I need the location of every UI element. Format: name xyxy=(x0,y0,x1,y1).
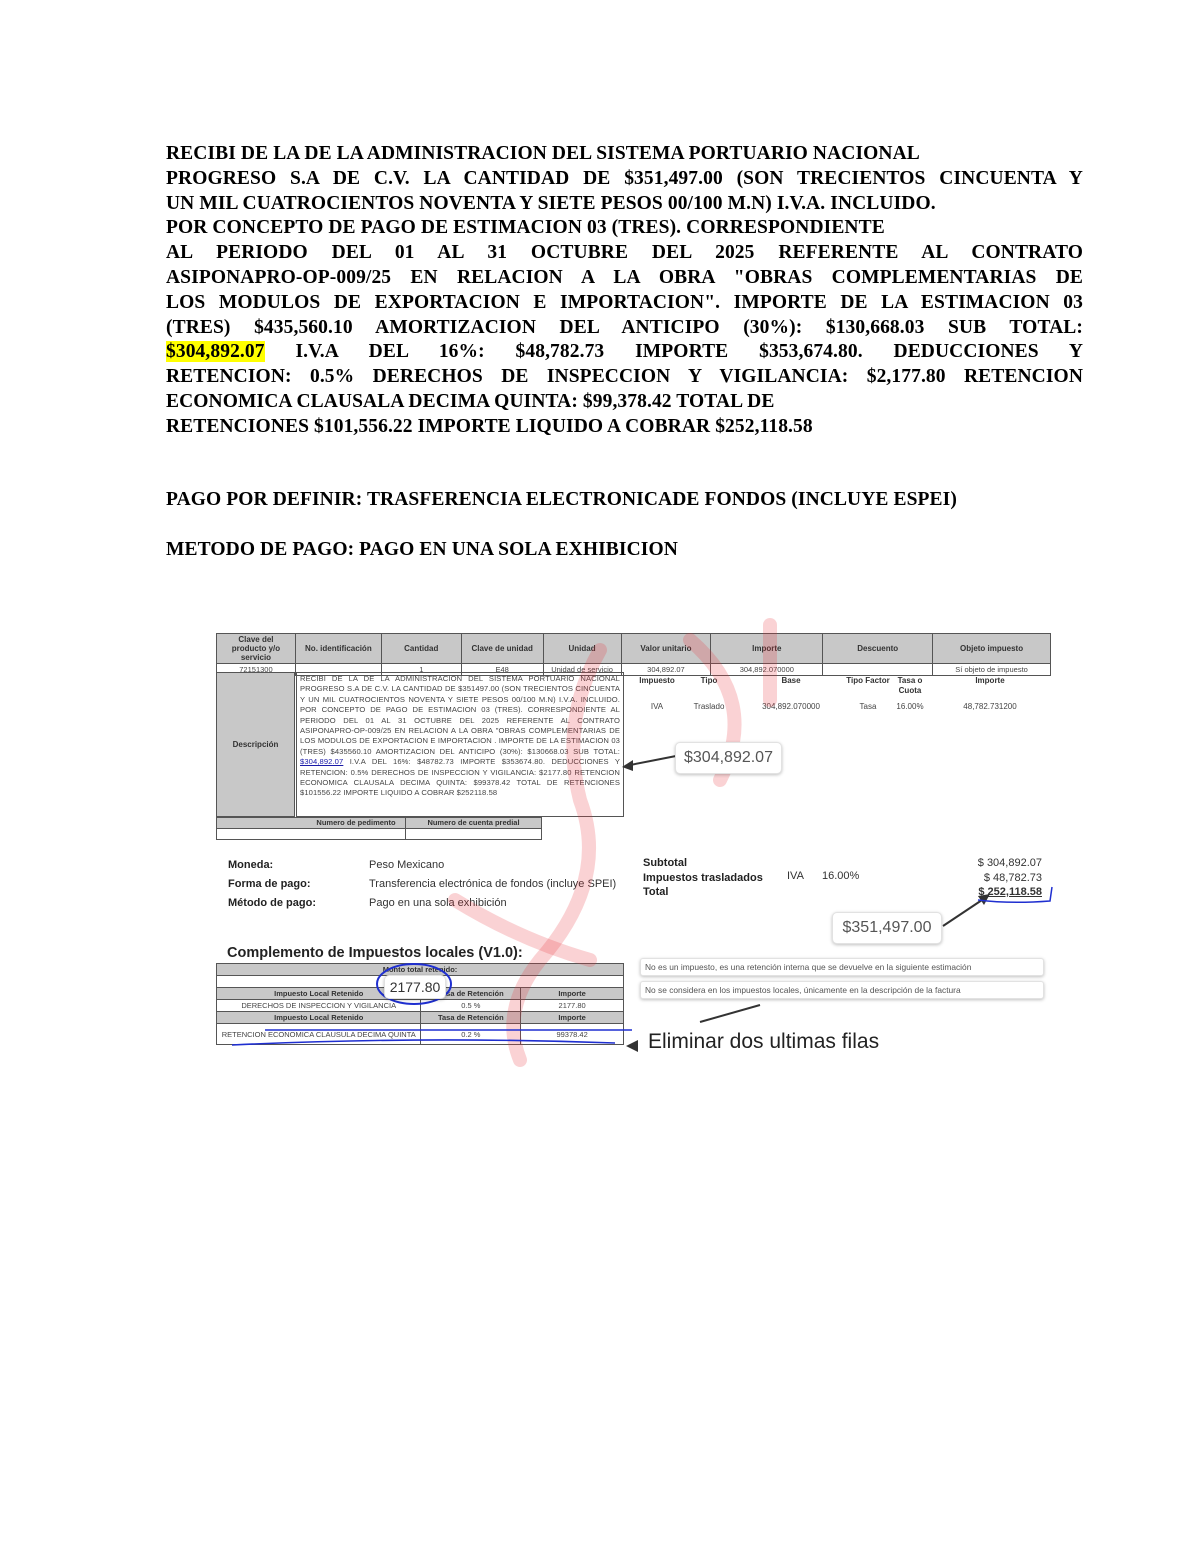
arrow-total xyxy=(943,898,985,926)
total-label: Total xyxy=(643,885,763,900)
underlined-subtotal: $304,892.07 xyxy=(300,757,343,766)
col-header: Clave de unidad xyxy=(461,634,543,664)
col-header: No. identificación xyxy=(295,634,381,664)
col-header: Cantidad xyxy=(381,634,461,664)
tax-header: Tipo Factor xyxy=(846,676,890,696)
tax-header: Tasa o Cuota xyxy=(890,676,930,696)
tax-header: Base xyxy=(736,676,846,696)
payment-method-line: METODO DE PAGO: PAGO EN UNA SOLA EXHIBIC… xyxy=(166,538,1083,563)
cuenta-predial-value xyxy=(405,829,542,840)
cell: 0.5 % xyxy=(421,1000,521,1012)
paragraph-line: RECIBI DE LA DE LA ADMINISTRACION DEL SI… xyxy=(166,142,1083,167)
paragraph-line: RETENCIONES $101,556.22 IMPORTE LIQUIDO … xyxy=(166,415,1083,440)
tax-detail: Impuesto Tipo Base Tipo Factor Tasa o Cu… xyxy=(632,676,1050,711)
payment-form-line: PAGO POR DEFINIR: TRASFERENCIA ELECTRONI… xyxy=(166,488,1083,513)
col-header: Importe xyxy=(521,988,624,1000)
paragraph-line: PROGRESO S.A DE C.V. LA CANTIDAD DE $351… xyxy=(166,167,1083,192)
paragraph-line: UN MIL CUATROCIENTOS NOVENTA Y SIETE PES… xyxy=(166,192,1083,217)
paragraph-line: AL PERIODO DEL 01 AL 31 OCTUBRE DEL 2025… xyxy=(166,241,1083,266)
callout-total: $351,497.00 xyxy=(832,912,942,944)
paragraph-line: ECONOMICA CLAUSALA DECIMA QUINTA: $99,37… xyxy=(166,390,1083,415)
cell: Sí objeto de impuesto xyxy=(933,664,1051,676)
tax-value: IVA xyxy=(632,702,682,711)
totals-values: $ 304,892.07 $ 48,782.73 $ 252,118.58 xyxy=(930,856,1042,900)
col-header: Importe xyxy=(521,1012,624,1024)
currency-label: Moneda: xyxy=(228,856,316,875)
tax-header: Impuesto xyxy=(632,676,682,696)
col-header: Clave del producto y/o servicio xyxy=(217,634,296,664)
subtotal-label: Subtotal xyxy=(643,856,763,871)
note-not-local-tax: No se considera en los impuestos locales… xyxy=(640,981,1044,999)
totals-labels: Subtotal Impuestos trasladados Total xyxy=(643,856,763,900)
note-internal-retention: No es un impuesto, es una retención inte… xyxy=(640,958,1044,976)
paragraph-line: ASIPONAPRO-OP-009/25 EN RELACION A LA OB… xyxy=(166,266,1083,291)
payment-labels: Moneda: Forma de pago: Método de pago: xyxy=(228,856,316,913)
tax-header: Importe xyxy=(930,676,1050,696)
paragraph-line: RETENCION: 0.5% DERECHOS DE INSPECCION Y… xyxy=(166,365,1083,390)
table-row: DERECHOS DE INSPECCION Y VIGILANCIA 0.5 … xyxy=(217,1000,624,1012)
col-header: Unidad xyxy=(543,634,621,664)
description-label: Descripción xyxy=(216,672,295,817)
concept-table: Clave del producto y/o servicio No. iden… xyxy=(216,633,1051,676)
paragraph-line: LOS MODULOS DE EXPORTACION E IMPORTACION… xyxy=(166,291,1083,316)
arrow-eliminar xyxy=(626,1040,638,1052)
totals-tax-name: IVA xyxy=(787,870,804,882)
cell: 304,892.07 xyxy=(621,664,711,676)
currency-value: Peso Mexicano xyxy=(369,856,616,875)
taxes-value: $ 48,782.73 xyxy=(930,871,1042,886)
paragraph-line-highlight: $304,892.07 I.V.A DEL 16%: $48,782.73 IM… xyxy=(166,340,1083,365)
col-header: Tasa de Retención xyxy=(421,1012,521,1024)
pointer-line-notes xyxy=(700,1005,760,1022)
cell xyxy=(823,664,933,676)
eliminar-annotation: Eliminar dos ultimas filas xyxy=(648,1030,879,1054)
cell: DERECHOS DE INSPECCION Y VIGILANCIA xyxy=(217,1000,421,1012)
col-header: Impuesto Local Retenido xyxy=(217,1012,421,1024)
tax-value: 304,892.070000 xyxy=(736,702,846,711)
tax-value: 16.00% xyxy=(890,702,930,711)
taxes-label: Impuestos trasladados xyxy=(643,871,763,886)
highlighted-amount: $304,892.07 xyxy=(166,341,265,362)
paragraph-line: (TRES) $435,560.10 AMORTIZACION DEL ANTI… xyxy=(166,316,1083,341)
receipt-paragraph: RECIBI DE LA DE LA ADMINISTRACION DEL SI… xyxy=(166,142,1083,440)
subtotal-value: $ 304,892.07 xyxy=(930,856,1042,871)
col-header: Descuento xyxy=(823,634,933,664)
tax-value: 48,782.731200 xyxy=(930,702,1050,711)
payment-form-label: Forma de pago: xyxy=(228,875,316,894)
col-header: Objeto impuesto xyxy=(933,634,1051,664)
callout-subtotal: $304,892.07 xyxy=(675,742,782,774)
totals-tax-rate: 16.00% xyxy=(822,870,859,882)
cell: 0.2 % xyxy=(421,1024,521,1045)
cell: 2177.80 xyxy=(521,1000,624,1012)
local-total-label: Monto total retenido: xyxy=(217,964,624,976)
callout-local-total: 2177.80 xyxy=(384,975,446,999)
pedimento-value xyxy=(216,829,406,840)
cuenta-predial-header: Numero de cuenta predial xyxy=(405,817,542,829)
paragraph-line: POR CONCEPTO DE PAGO DE ESTIMACION 03 (T… xyxy=(166,216,1083,241)
tax-value: Tasa xyxy=(846,702,890,711)
payment-method-label: Método de pago: xyxy=(228,894,316,913)
complement-title: Complemento de Impuestos locales (V1.0): xyxy=(227,945,523,961)
